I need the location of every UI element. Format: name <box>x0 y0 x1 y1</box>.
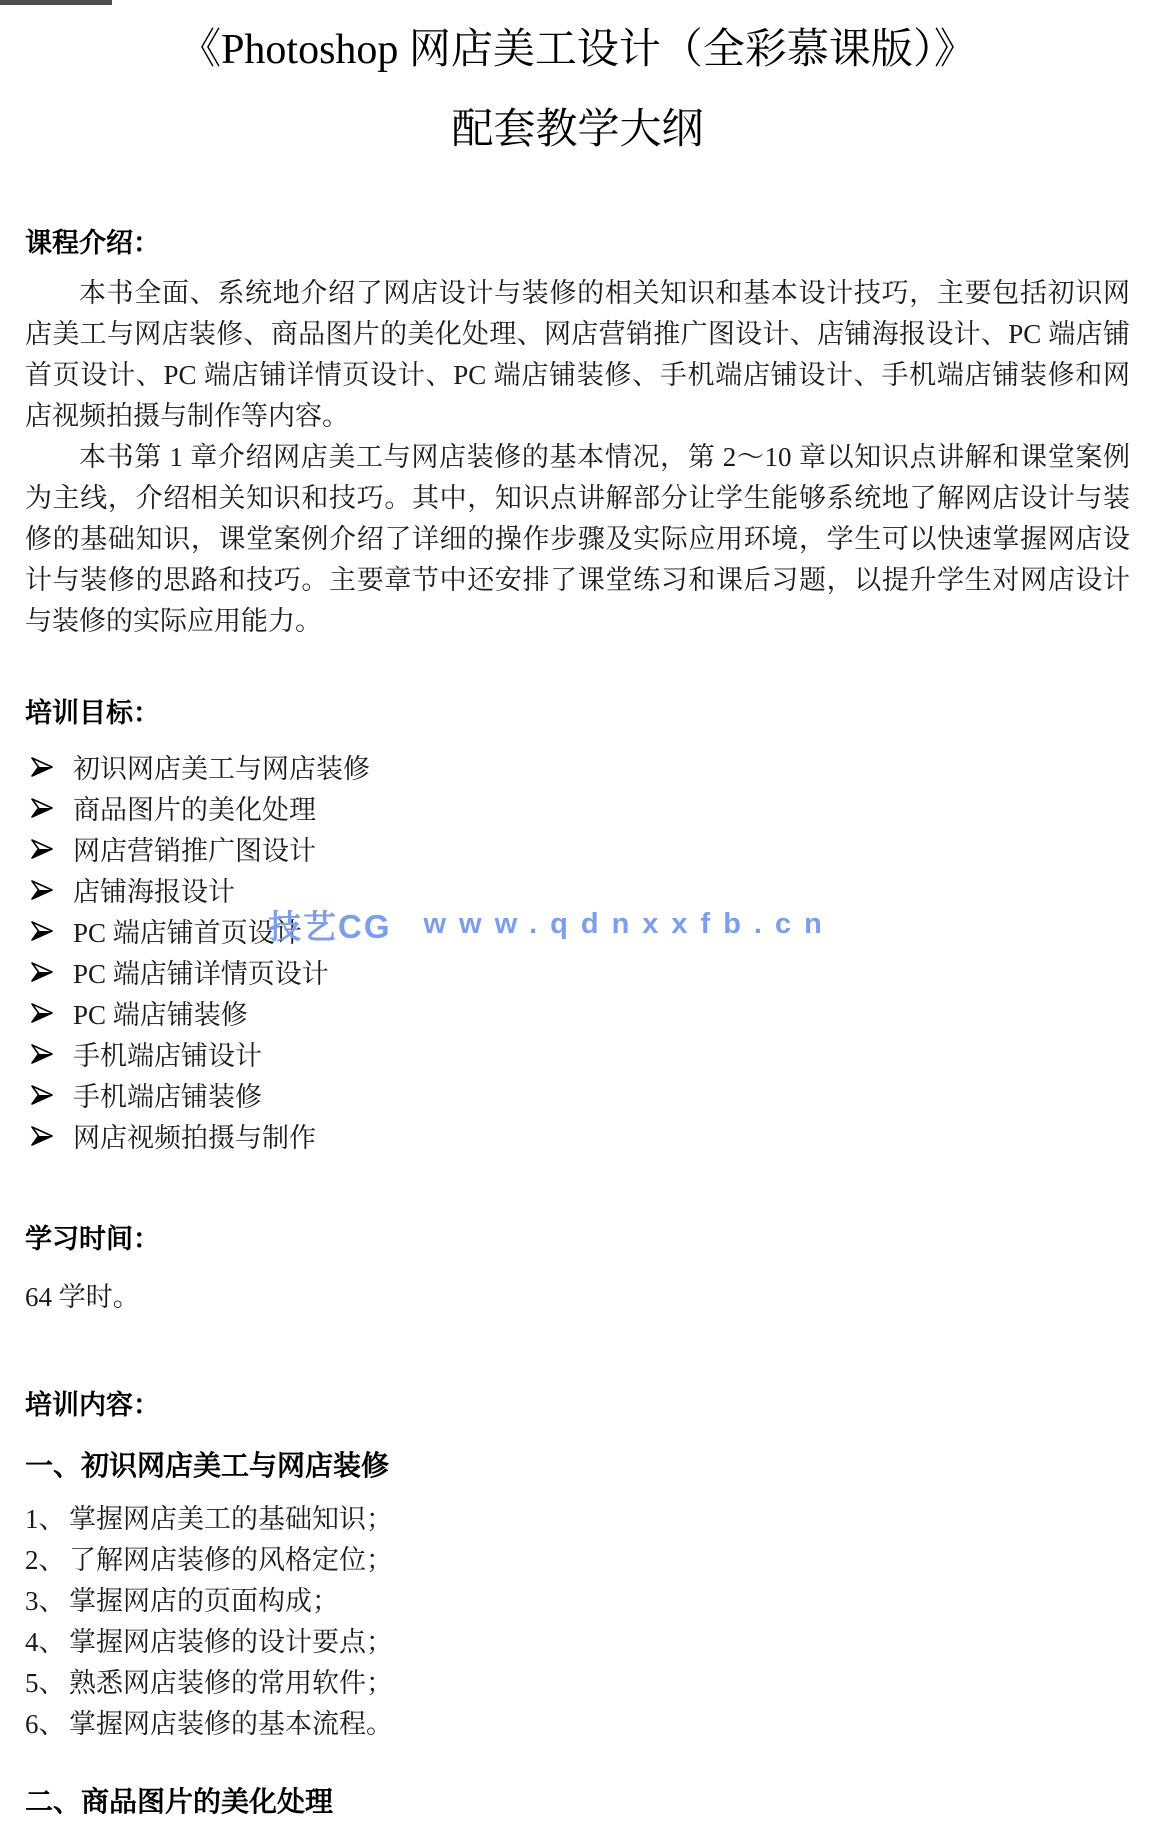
item-number: 2、 <box>25 1538 69 1577</box>
goal-label: 店铺海报设计 <box>73 870 235 909</box>
course-intro-paragraph-1: 本书全面、系统地介绍了网店设计与装修的相关知识和基本设计技巧，主要包括初识网店美… <box>25 273 1130 437</box>
bullet-arrow-icon <box>30 1042 54 1066</box>
goal-list-item: 商品图片的美化处理 <box>25 787 1130 828</box>
study-time-heading: 学习时间： <box>25 1222 1130 1256</box>
goal-label: PC 端店铺装修 <box>73 993 248 1032</box>
chapter-1-title: 一、初识网店美工与网店装修 <box>25 1448 1130 1484</box>
training-goals-heading: 培训目标： <box>25 696 1130 730</box>
bullet-arrow-icon <box>30 919 54 943</box>
goal-list-item: PC 端店铺详情页设计 <box>25 951 1130 992</box>
chapter-item: 1、 掌握网店美工的基础知识； <box>25 1496 1130 1537</box>
item-number: 1、 <box>25 1497 69 1536</box>
goal-list-item: 网店营销推广图设计 <box>25 828 1130 869</box>
course-intro-heading: 课程介绍： <box>25 226 1130 260</box>
item-text: 掌握网店的页面构成； <box>69 1579 339 1618</box>
goal-label: 网店营销推广图设计 <box>73 829 316 868</box>
item-number: 4、 <box>25 1620 69 1659</box>
study-time-value: 64 学时。 <box>25 1280 1130 1314</box>
course-intro-paragraph-2: 本书第 1 章介绍网店美工与网店装修的基本情况，第 2～10 章以知识点讲解和课… <box>25 437 1130 642</box>
training-goals-list: 初识网店美工与网店装修 商品图片的美化处理 网店营销推广图设计 店铺海报设计 P… <box>25 746 1130 1156</box>
bullet-arrow-icon <box>30 1001 54 1025</box>
item-number: 3、 <box>25 1579 69 1618</box>
goal-label: PC 端店铺首页设计 <box>73 911 302 950</box>
goal-list-item: 店铺海报设计 <box>25 869 1130 910</box>
goal-list-item: PC 端店铺首页设计 <box>25 910 1130 951</box>
item-text: 了解网店装修的风格定位； <box>69 1538 393 1577</box>
item-text: 掌握网店装修的基本流程。 <box>69 1702 393 1741</box>
chapter-2-title: 二、商品图片的美化处理 <box>25 1784 1130 1820</box>
goal-list-item: 网店视频拍摄与制作 <box>25 1115 1130 1156</box>
item-number: 6、 <box>25 1702 69 1741</box>
bullet-arrow-icon <box>30 796 54 820</box>
goal-list-item: 手机端店铺设计 <box>25 1033 1130 1074</box>
goal-list-item: 初识网店美工与网店装修 <box>25 746 1130 787</box>
chapter-item: 3、 掌握网店的页面构成； <box>25 1578 1130 1619</box>
chapter-item: 6、 掌握网店装修的基本流程。 <box>25 1701 1130 1742</box>
goal-label: 手机端店铺装修 <box>73 1075 262 1114</box>
goal-list-item: PC 端店铺装修 <box>25 992 1130 1033</box>
document-page: 《Photoshop 网店美工设计（全彩慕课版）》 配套教学大纲 课程介绍： 本… <box>0 0 1155 1847</box>
chapter-item: 4、 掌握网店装修的设计要点； <box>25 1619 1130 1660</box>
bullet-arrow-icon <box>30 960 54 984</box>
goal-label: 初识网店美工与网店装修 <box>73 747 370 786</box>
page-title: 《Photoshop 网店美工设计（全彩慕课版）》 配套教学大纲 <box>25 0 1130 162</box>
page-title-line1: 《Photoshop 网店美工设计（全彩慕课版）》 <box>25 18 1130 82</box>
page-title-line2: 配套教学大纲 <box>25 98 1130 162</box>
item-text: 掌握网店美工的基础知识； <box>69 1497 393 1536</box>
item-number: 5、 <box>25 1661 69 1700</box>
training-content-heading: 培训内容： <box>25 1388 1130 1422</box>
goal-label: PC 端店铺详情页设计 <box>73 952 329 991</box>
bullet-arrow-icon <box>30 878 54 902</box>
scan-artifact <box>0 0 112 5</box>
bullet-arrow-icon <box>30 755 54 779</box>
chapter-item: 5、 熟悉网店装修的常用软件； <box>25 1660 1130 1701</box>
bullet-arrow-icon <box>30 1124 54 1148</box>
bullet-arrow-icon <box>30 837 54 861</box>
bullet-arrow-icon <box>30 1083 54 1107</box>
goal-list-item: 手机端店铺装修 <box>25 1074 1130 1115</box>
chapter-1-item-list: 1、 掌握网店美工的基础知识； 2、 了解网店装修的风格定位； 3、 掌握网店的… <box>25 1496 1130 1742</box>
goal-label: 商品图片的美化处理 <box>73 788 316 827</box>
item-text: 熟悉网店装修的常用软件； <box>69 1661 393 1700</box>
goal-label: 手机端店铺设计 <box>73 1034 262 1073</box>
goal-label: 网店视频拍摄与制作 <box>73 1116 316 1155</box>
chapter-item: 2、 了解网店装修的风格定位； <box>25 1537 1130 1578</box>
item-text: 掌握网店装修的设计要点； <box>69 1620 393 1659</box>
